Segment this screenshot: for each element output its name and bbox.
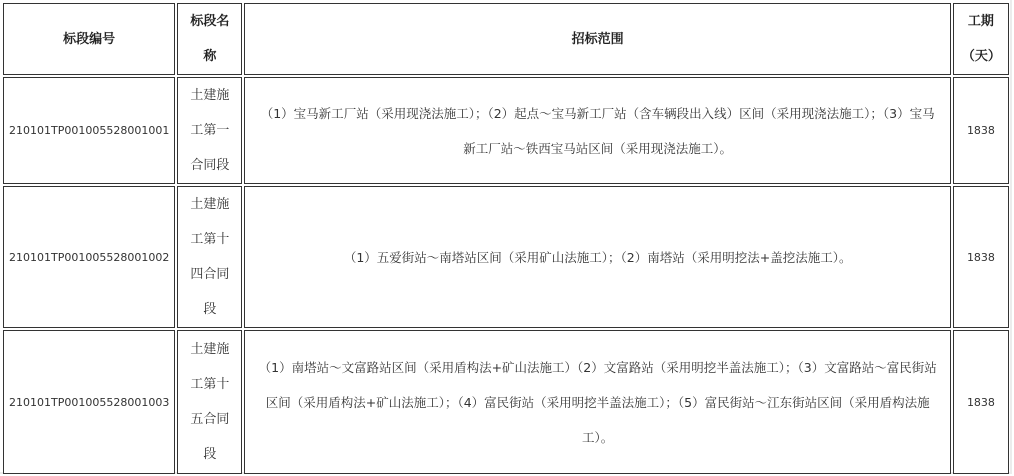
bid-scope-cell: （1）宝马新工厂站（采用现浇法施工）；（2）起点～宝马新工厂站（含车辆段出入线）…: [244, 77, 950, 184]
header-section-name: 标段名称: [177, 3, 242, 75]
bid-scope-cell: （1）五爱街站～南塔站区间（采用矿山法施工）；（2）南塔站（采用明挖法+盖挖法施…: [244, 186, 950, 328]
section-code-cell: 210101TP001005528001001: [3, 77, 175, 184]
bid-sections-table: 标段编号 标段名称 招标范围 工期（天） 210101TP00100552800…: [1, 1, 1011, 476]
duration-cell: 1838: [953, 186, 1009, 328]
section-code-cell: 210101TP001005528001002: [3, 186, 175, 328]
section-name-cell: 土建施工第十五合同段: [177, 330, 242, 474]
section-name-cell: 土建施工第一合同段: [177, 77, 242, 184]
header-bid-scope: 招标范围: [244, 3, 950, 75]
section-code-cell: 210101TP001005528001003: [3, 330, 175, 474]
section-name-cell: 土建施工第十四合同段: [177, 186, 242, 328]
header-duration-days: 工期（天）: [953, 3, 1009, 75]
table-header-row: 标段编号 标段名称 招标范围 工期（天）: [3, 3, 1009, 75]
table-row: 210101TP001005528001002 土建施工第十四合同段 （1）五爱…: [3, 186, 1009, 328]
duration-cell: 1838: [953, 77, 1009, 184]
header-section-code: 标段编号: [3, 3, 175, 75]
duration-cell: 1838: [953, 330, 1009, 474]
table-row: 210101TP001005528001003 土建施工第十五合同段 （1）南塔…: [3, 330, 1009, 474]
table-row: 210101TP001005528001001 土建施工第一合同段 （1）宝马新…: [3, 77, 1009, 184]
bid-scope-cell: （1）南塔站～文富路站区间（采用盾构法+矿山法施工）（2）文富路站（采用明挖半盖…: [244, 330, 950, 474]
